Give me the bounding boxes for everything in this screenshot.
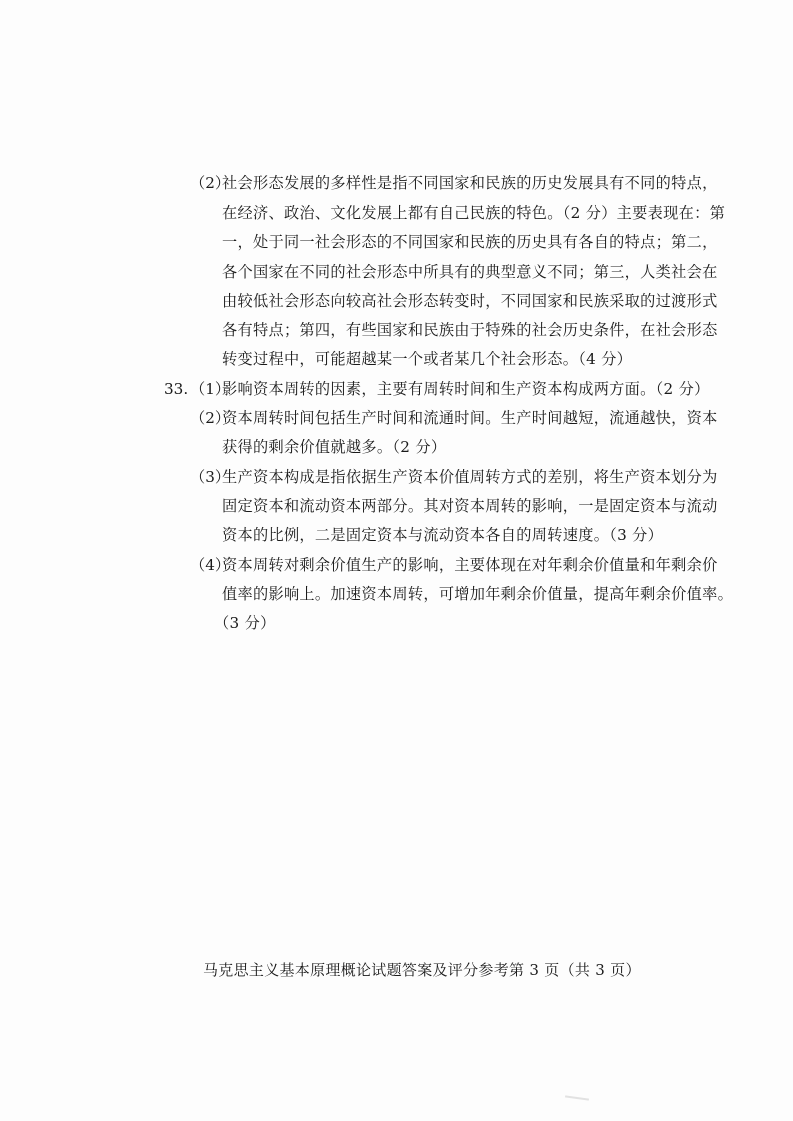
answer-line: 影响资本周转的因素，主要有周转时间和生产资本构成两方面。（2 分） (222, 374, 710, 404)
answer-line: 在经济、政治、文化发展上都有自己民族的特色。（2 分）主要表现在：第 (222, 198, 725, 228)
scan-artifact (565, 1095, 589, 1100)
answer-line: 社会形态发展的多样性是指不同国家和民族的历史发展具有不同的特点， (222, 168, 718, 198)
answer-line: 一，处于同一社会形态的不同国家和民族的历史具有各自的特点；第二， (222, 227, 718, 257)
answer-line: 转变过程中，可能超越某一个或者某几个社会形态。（4 分） (222, 344, 632, 374)
answer-line: 各个国家在不同的社会形态中所具有的典型意义不同；第三，人类社会在 (222, 257, 718, 287)
page-footer: 马克思主义基本原理概论试题答案及评分参考第 3 页（共 3 页） (203, 958, 641, 982)
answer-line: 固定资本和流动资本两部分。其对资本周转的影响，一是固定资本与流动 (222, 491, 718, 521)
answer-line: 生产资本构成是指依据生产资本价值周转方式的差别，将生产资本划分为 (222, 462, 718, 492)
answer-line: 获得的剩余价值就越多。（2 分） (222, 432, 446, 462)
answer-line: 各有特点；第四，有些国家和民族由于特殊的社会历史条件，在社会形态 (222, 315, 718, 345)
answer-line: 由较低社会形态向较高社会形态转变时，不同国家和民族采取的过渡形式 (222, 286, 718, 316)
answer-line: （3 分） (214, 608, 276, 638)
answer-line: 值率的影响上。加速资本周转，可增加年剩余价值量，提高年剩余价值率。 (222, 579, 733, 609)
answer-line: 资本周转时间包括生产时间和流通时间。生产时间越短，流通越快，资本 (222, 403, 718, 433)
answer-line: 资本的比例，二是固定资本与流动资本各自的周转速度。（3 分） (222, 520, 663, 550)
question-number: 33. (164, 374, 188, 404)
document-page: （2） 社会形态发展的多样性是指不同国家和民族的历史发展具有不同的特点， 在经济… (0, 0, 793, 1121)
answer-line: 资本周转对剩余价值生产的影响，主要体现在对年剩余价值量和年剩余价 (222, 550, 718, 580)
